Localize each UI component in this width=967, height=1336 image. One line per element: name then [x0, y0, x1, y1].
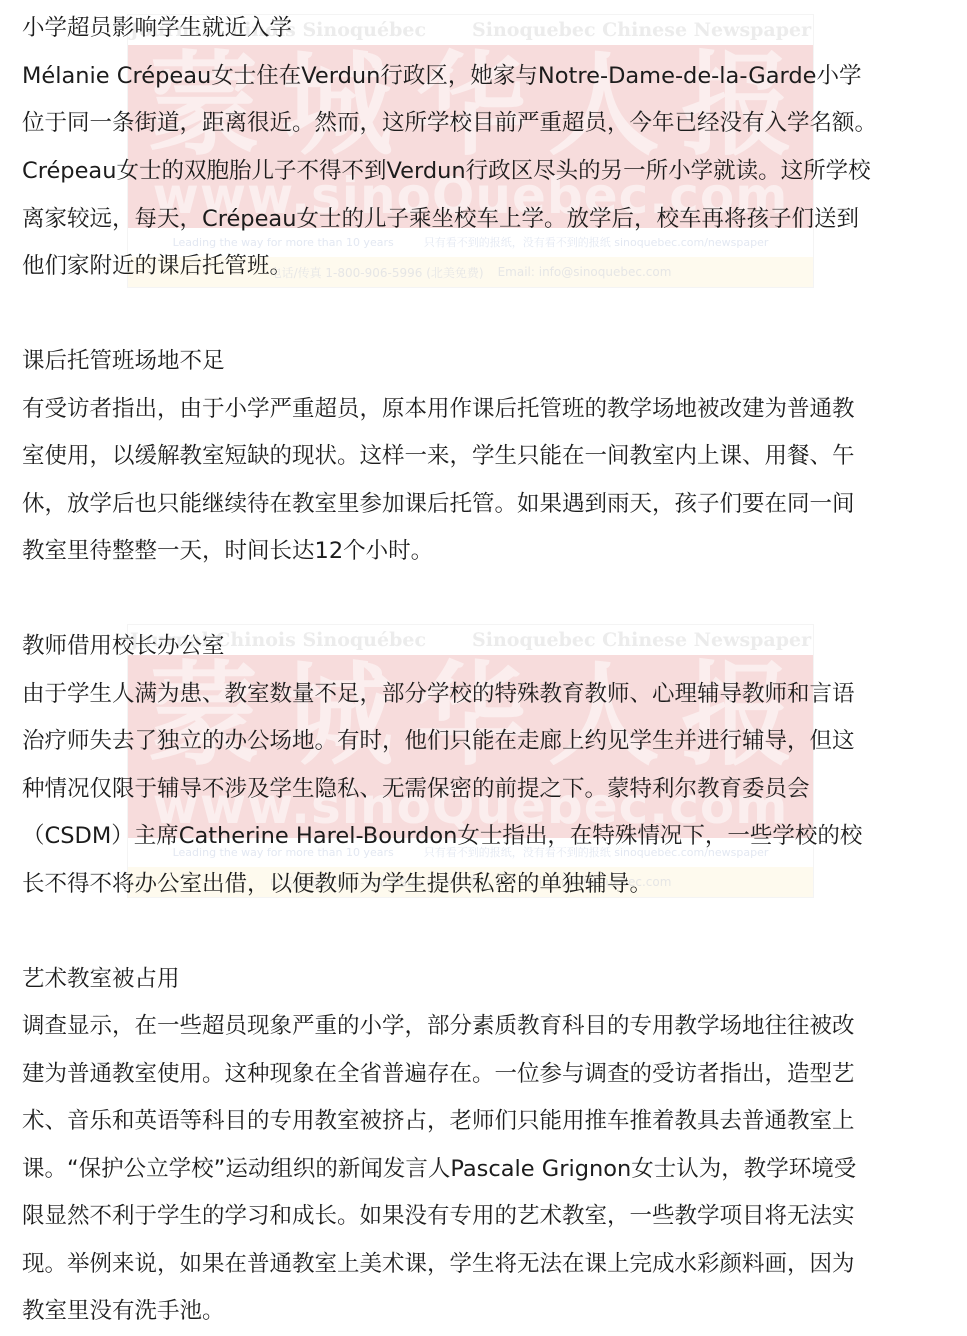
paragraph-line: 有受访者指出，由于小学严重超员，原本用作课后托管班的教学场地被改建为普通教: [22, 392, 855, 426]
paragraph-line: 建为普通教室使用。这种现象在全省普遍存在。一位参与调查的受访者指出，造型艺: [22, 1057, 855, 1091]
paragraph-line: Mélanie Crépeau女士住在Verdun行政区，她家与Notre-Da…: [22, 59, 862, 93]
paragraph-line: 现。举例来说，如果在普通教室上美术课，学生将无法在课上完成水彩颜料画，因为: [22, 1247, 855, 1281]
paragraph-line: 治疗师失去了独立的办公场地。有时，他们只能在走廊上约见学生并进行辅导，但这: [22, 724, 855, 758]
watermark-title-en: Sinoquebec Chinese Newspaper: [472, 629, 811, 651]
paragraph-line: 离家较远，每天，Crépeau女士的儿子乘坐校车上学。放学后，校车再将孩子们送到: [22, 202, 859, 236]
newspaper-watermark: Journal Chinois Sinoquébec Sinoquebec Ch…: [127, 624, 814, 898]
paragraph-line: 调查显示，在一些超员现象严重的小学，部分素质教育科目的专用教学场地往往被改: [22, 1009, 855, 1043]
watermark-title-en: Sinoquebec Chinese Newspaper: [472, 19, 811, 41]
section-heading: 课后托管班场地不足: [22, 344, 225, 378]
paragraph-line: 室使用，以缓解教室短缺的现状。这样一来，学生只能在一间教室内上课、用餐、午: [22, 439, 855, 473]
paragraph-line: 休，放学后也只能继续待在教室里参加课后托管。如果遇到雨天，孩子们要在同一间: [22, 487, 855, 521]
paragraph-line: 由于学生人满为患、教室数量不足，部分学校的特殊教育教师、心理辅导教师和言语: [22, 677, 855, 711]
paragraph-line: （CSDM）主席Catherine Harel-Bourdon女士指出，在特殊情…: [22, 819, 862, 853]
section-heading: 教师借用校长办公室: [22, 629, 225, 663]
paragraph-line: 术、音乐和英语等科目的专用教室被挤占，老师们只能用推车推着教具去普通教室上: [22, 1104, 855, 1138]
paragraph-line: 种情况仅限于辅导不涉及学生隐私、无需保密的前提之下。蒙特利尔教育委员会: [22, 772, 810, 806]
section-heading: 艺术教室被占用: [22, 962, 180, 996]
paragraph-line: 他们家附近的课后托管班。: [22, 249, 292, 283]
paragraph-line: 课。“保护公立学校”运动组织的新闻发言人Pascale Grignon女士认为，…: [22, 1152, 856, 1186]
paragraph-line: 教室里没有洗手池。: [22, 1294, 225, 1328]
paragraph-line: 教室里待整整一天，时间长达12个小时。: [22, 534, 433, 568]
paragraph-line: 位于同一条街道，距离很近。然而，这所学校目前严重超员，今年已经没有入学名额。: [22, 106, 877, 140]
paragraph-line: 长不得不将办公室出借，以便教师为学生提供私密的单独辅导。: [22, 867, 652, 901]
paragraph-line: 限显然不利于学生的学习和成长。如果没有专用的艺术教室，一些教学项目将无法实: [22, 1199, 855, 1233]
paragraph-line: Crépeau女士的双胞胎儿子不得不到Verdun行政区尽头的另一所小学就读。这…: [22, 154, 871, 188]
newspaper-watermark: Journal Chinois Sinoquébec Sinoquebec Ch…: [127, 14, 814, 288]
section-heading: 小学超员影响学生就近入学: [22, 11, 292, 45]
